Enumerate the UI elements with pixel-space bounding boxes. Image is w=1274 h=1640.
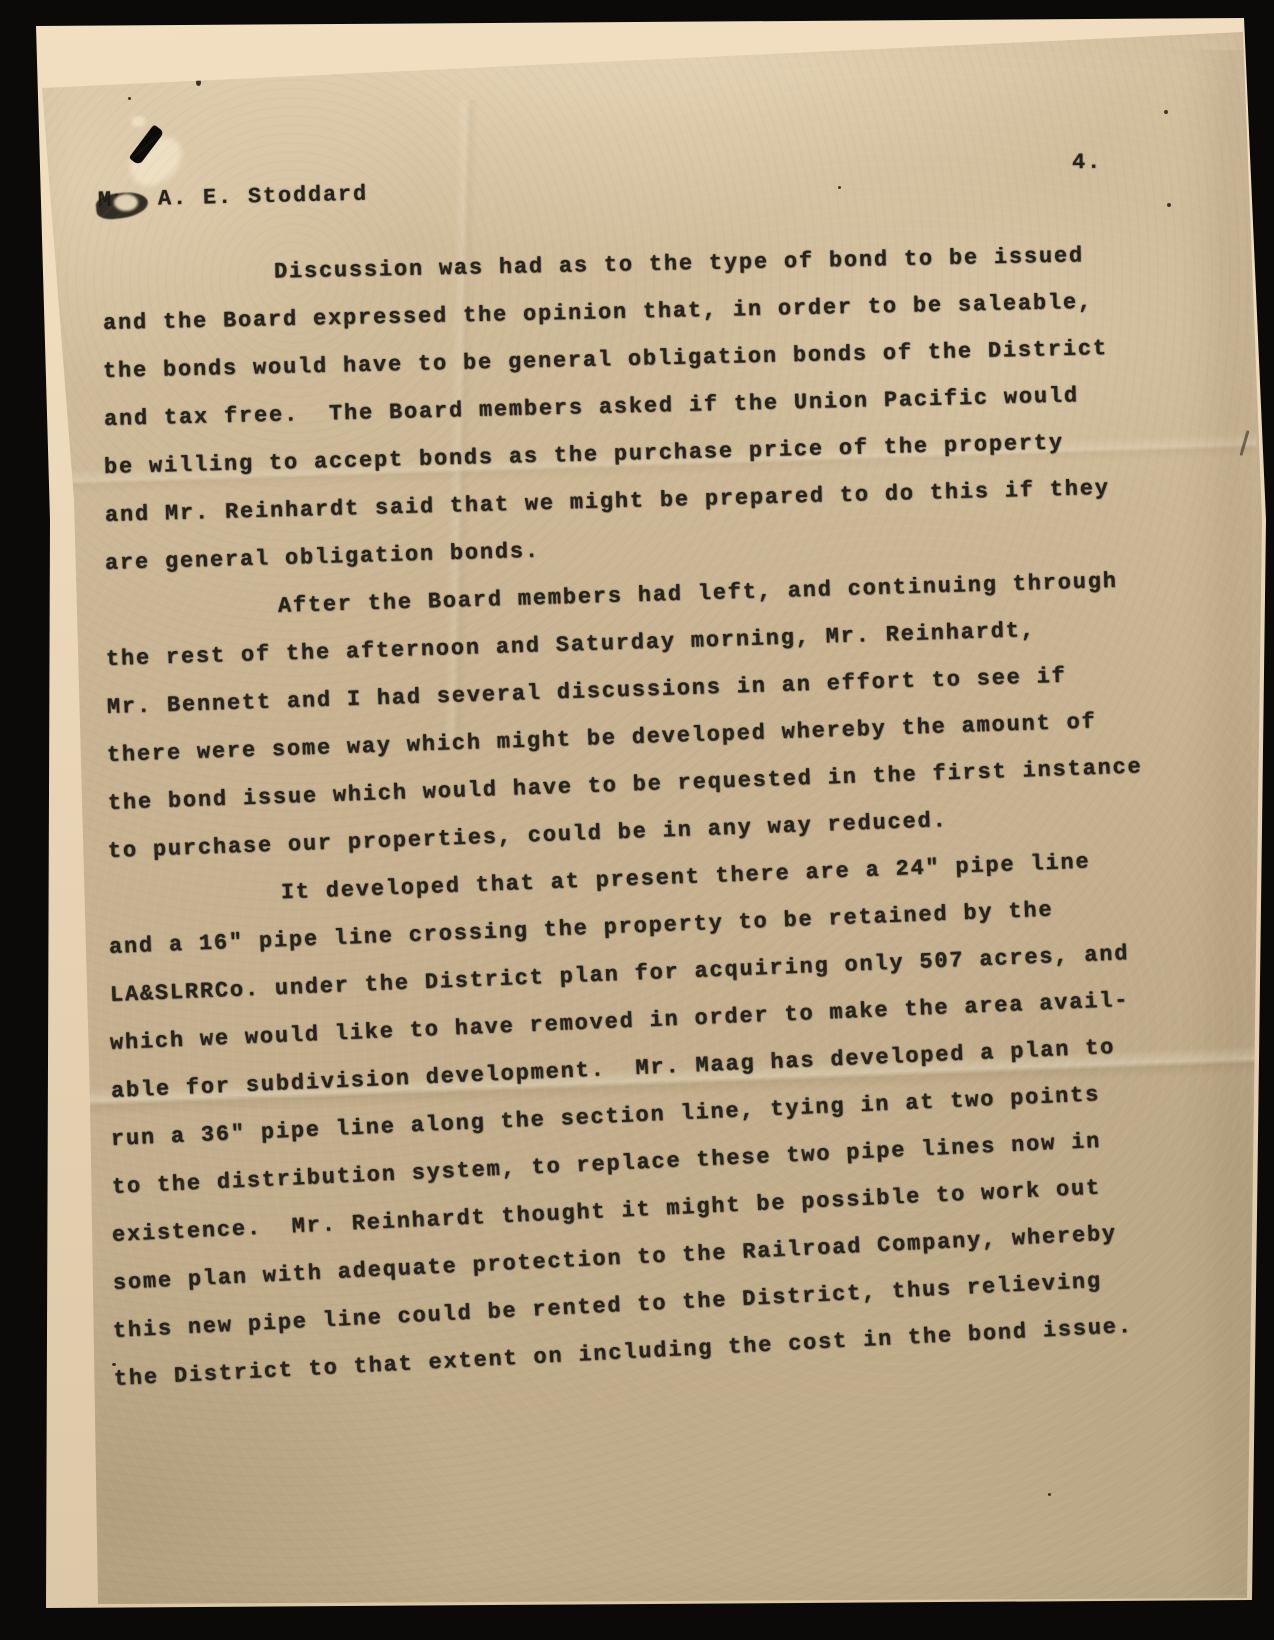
paper-tear	[114, 194, 138, 211]
page-number: 4.	[1072, 150, 1102, 176]
typed-lines: Discussion was had as to the type of bon…	[102, 252, 1262, 1404]
paper-speck	[1048, 1493, 1051, 1496]
paper-speck	[128, 97, 131, 100]
paper-speck	[1167, 203, 1171, 207]
scan-background: 4. Mr. A. E. Stoddard Discussion was had…	[0, 0, 1274, 1640]
document-page: 4. Mr. A. E. Stoddard Discussion was had…	[0, 0, 1274, 1640]
paper-speck	[112, 1363, 116, 1366]
paper-speck	[838, 186, 841, 189]
paper-speck	[1164, 110, 1168, 114]
paper-tear	[131, 116, 146, 127]
